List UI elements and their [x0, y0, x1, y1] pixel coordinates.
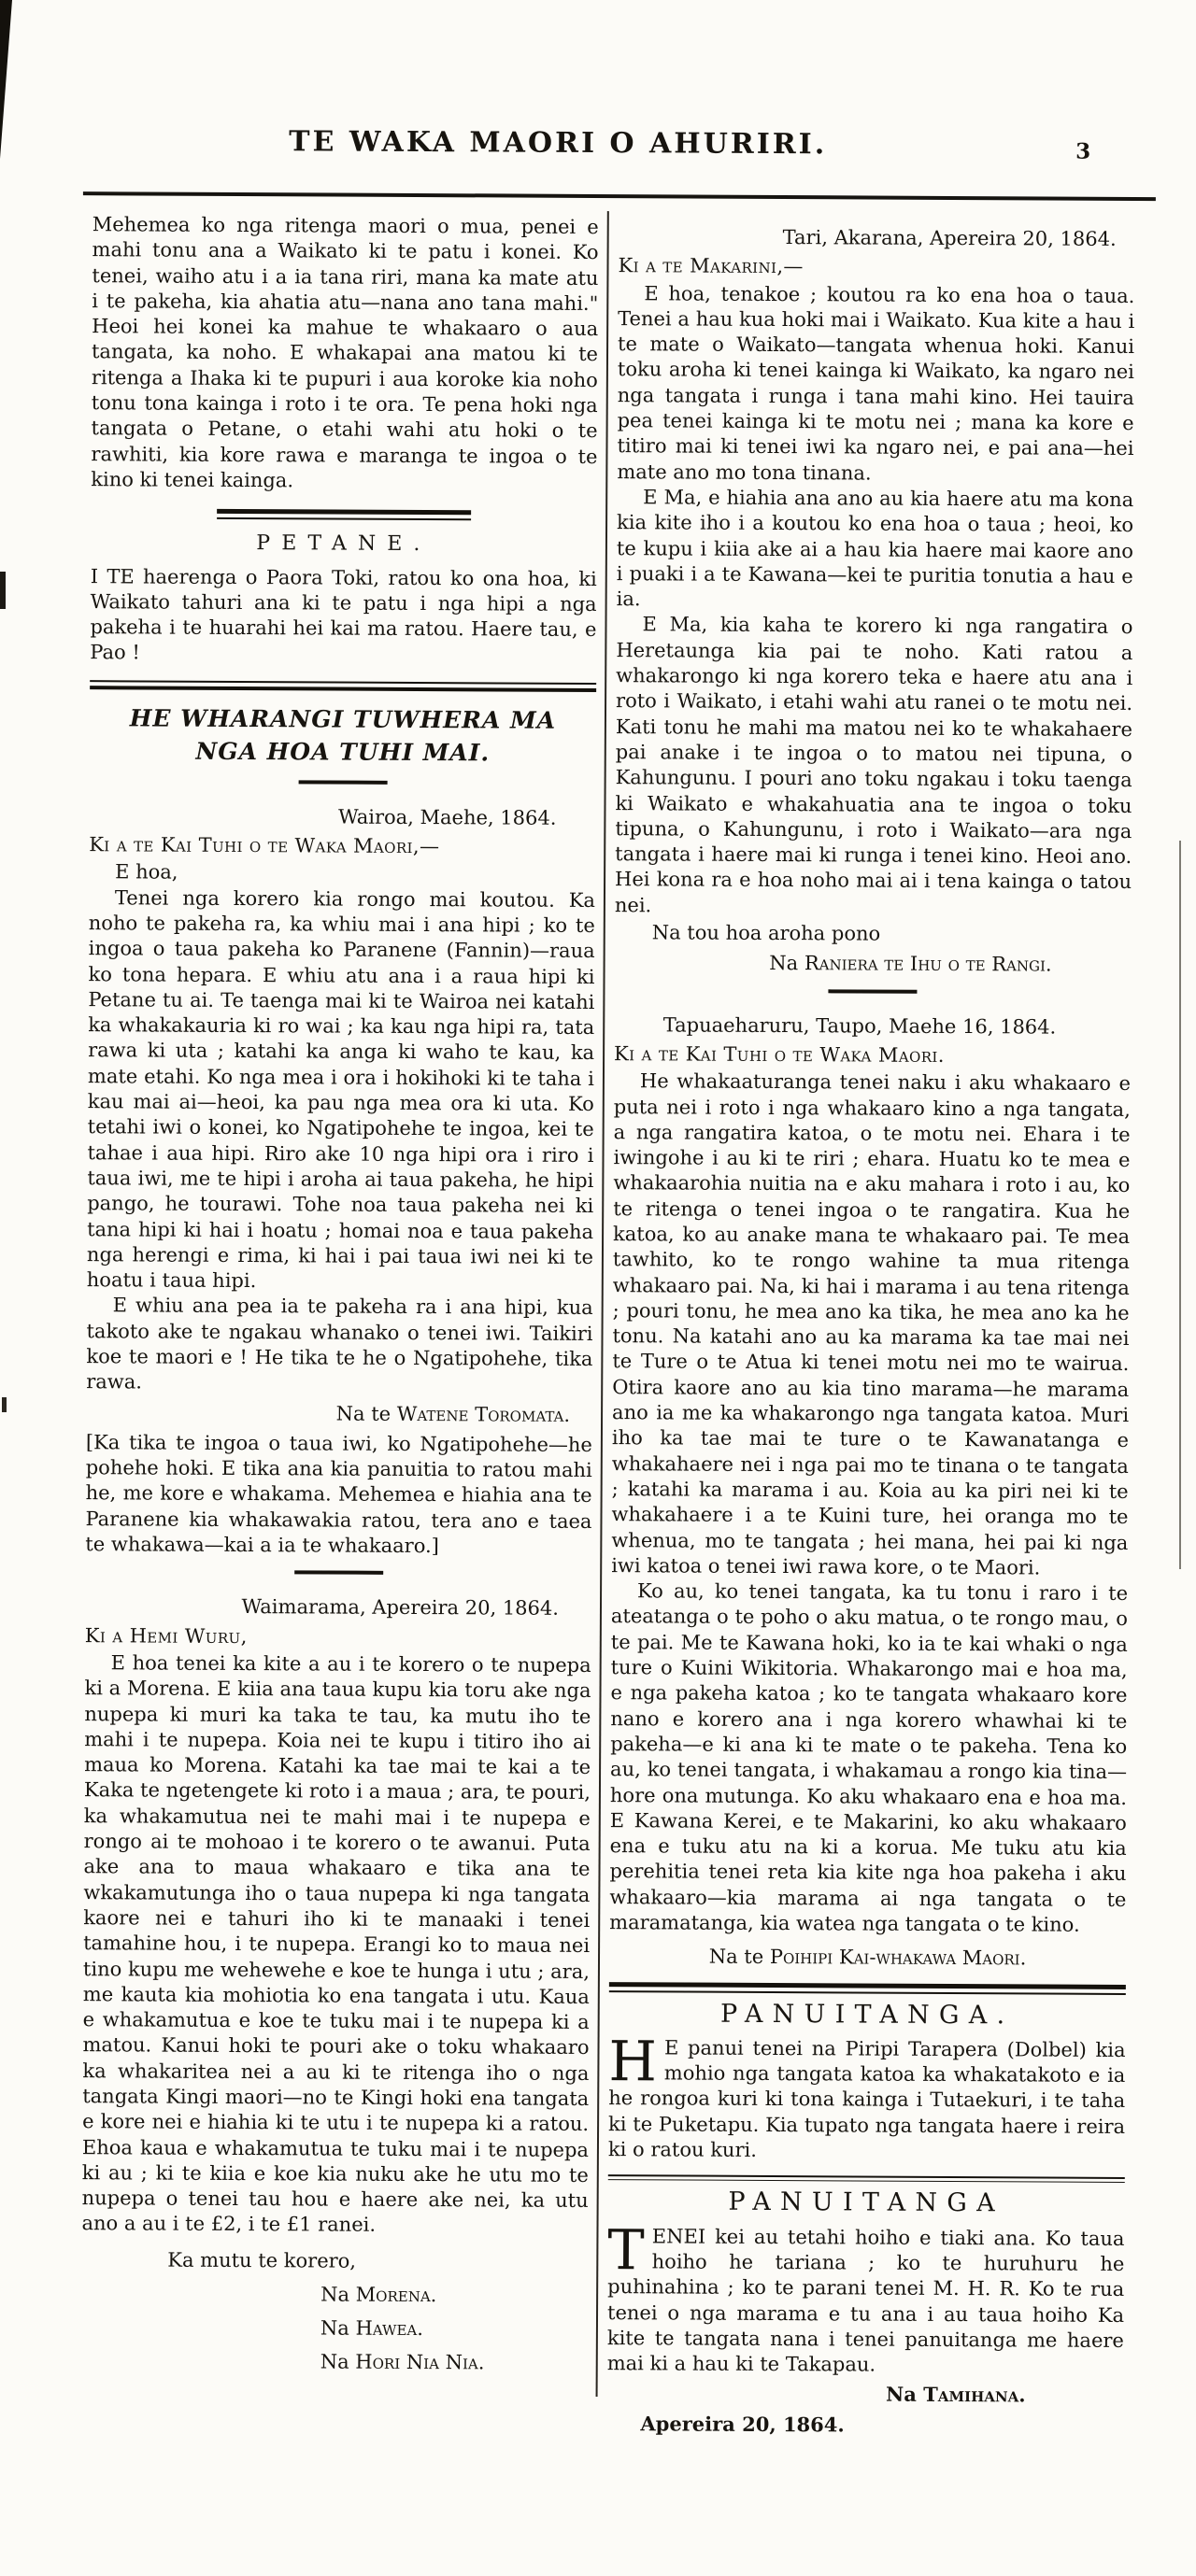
- open-letters-heading: HE WHARANGI TUWHERA MA NGA HOA TUHI MAI.: [109, 701, 577, 770]
- notice-1-heading: PANUITANGA.: [609, 2001, 1126, 2029]
- wairoa-paragraph-1: Tenei nga korero kia rongo mai koutou. K…: [87, 885, 595, 1296]
- wairoa-salutation: Ki a te Kai Tuhi o te Waka Maori,—: [89, 832, 595, 860]
- wairoa-signature: Na te Watene Toromata.: [86, 1400, 592, 1428]
- wairoa-greeting: E hoa,: [89, 860, 595, 888]
- signature-prefix: Na: [320, 2284, 356, 2306]
- taupo-salutation: Ki a te Kai Tuhi o te Waka Maori.: [614, 1041, 1131, 1069]
- column-divider: [596, 211, 609, 2397]
- notice-text: E panui tenei na Piripi Tarapera (Dolbel…: [608, 2036, 1126, 2161]
- section-divider: [217, 509, 471, 520]
- signature-name: Raniera te Ihu o te Rangi.: [804, 952, 1052, 975]
- tari-paragraph-2: E Ma, e hiahia ana ano au kia haere atu …: [617, 485, 1134, 615]
- taupo-paragraph-1: He whakaaturanga tenei naku i aku whakaa…: [611, 1069, 1131, 1581]
- tari-paragraph-1: E hoa, tenakoe ; koutou ra ko ena hoa o …: [617, 281, 1134, 488]
- page-sheet: TE WAKA MAORI O AHURIRI. 3 Mehemea ko ng…: [0, 0, 1196, 2576]
- continuation-paragraph: Mehemea ko nga ritenga maori o mua, pene…: [91, 212, 599, 495]
- taupo-signature: Na te Poihipi Kai-whakawa Maori.: [609, 1944, 1126, 1972]
- newspaper-page: TE WAKA MAORI O AHURIRI. 3 Mehemea ko ng…: [0, 0, 1196, 2576]
- wairoa-paragraph-2: E whiu ana pea ia te pakeha ra i ana hip…: [86, 1294, 593, 1398]
- signature-line: Na Hawea.: [320, 2312, 588, 2346]
- tari-signature: Na Raniera te Ihu o te Rangi.: [615, 950, 1132, 978]
- petane-paragraph: I TE haerenga o Paora Toki, ratou ko ona…: [90, 564, 597, 669]
- signature-name: Watene Toromata.: [397, 1402, 570, 1425]
- petane-heading: PETANE.: [91, 530, 597, 558]
- tari-paragraph-3: E Ma, kia kaha te korero ki nga rangatir…: [615, 613, 1133, 921]
- signature-name: Morena.: [356, 2284, 437, 2306]
- taupo-dateline: Tapuaeharuru, Taupo, Maehe 16, 1864.: [614, 1012, 1131, 1040]
- waimarama-salutation: Ki a Hemi Wuru,: [85, 1623, 591, 1651]
- signature-prefix: Na te: [709, 1946, 770, 1968]
- wairoa-dateline: Wairoa, Maehe, 1864.: [89, 803, 595, 831]
- short-rule: [828, 989, 917, 993]
- section-divider: [609, 1982, 1126, 1995]
- page-number: 3: [1075, 139, 1090, 164]
- short-rule: [294, 1571, 383, 1575]
- right-column: Tari, Akarana, Apereira 20, 1864. Ki a t…: [606, 222, 1134, 2439]
- waimarama-closing: Ka mutu te korero,: [81, 2247, 588, 2275]
- drop-cap: T: [607, 2224, 652, 2271]
- signature-prefix: Na te: [336, 1402, 397, 1424]
- signature-name: Hori Nia Nia.: [355, 2351, 484, 2374]
- tari-closing: Na tou hoa aroha pono: [615, 920, 1132, 948]
- waimarama-body: E hoa tenei ka kite a au i te korero o t…: [81, 1650, 591, 2240]
- signature-prefix: Na: [769, 952, 804, 974]
- tari-salutation: Ki a te Makarini,—: [618, 253, 1134, 281]
- signature-name: Poihipi Kai-whakawa Maori.: [770, 1946, 1027, 1969]
- tari-dateline: Tari, Akarana, Apereira 20, 1864.: [619, 224, 1135, 252]
- notice-1-body: HE panui tenei na Piripi Tarapera (Dolbe…: [608, 2035, 1126, 2165]
- waimarama-signatures: Na Morena. Na Hawea. Na Hori Nia Nia.: [81, 2276, 589, 2380]
- short-rule: [298, 780, 387, 784]
- signature-prefix: Na: [886, 2383, 923, 2406]
- waimarama-dateline: Waimarama, Apereira 20, 1864.: [85, 1594, 591, 1622]
- left-column: Mehemea ko nga ritenga maori o mua, pene…: [81, 212, 599, 2380]
- signature-name: Hawea.: [355, 2317, 423, 2340]
- section-divider: [608, 2174, 1125, 2183]
- notice-2-heading: PANUITANGA: [608, 2188, 1125, 2216]
- notice-2-signature: Na Tamihana.: [607, 2381, 1124, 2409]
- signature-name: Tamihana.: [923, 2383, 1025, 2407]
- notice-2-date: Apereira 20, 1864.: [606, 2411, 1123, 2439]
- section-divider: [90, 680, 596, 692]
- signature-prefix: Na: [320, 2351, 356, 2373]
- header-rule: [83, 191, 1156, 201]
- signature-prefix: Na: [320, 2317, 356, 2340]
- drop-cap: H: [608, 2035, 664, 2082]
- signature-line: Na Hori Nia Nia.: [320, 2345, 588, 2380]
- notice-text: ENEI kei au tetahi hoiho e tiaki ana. Ko…: [607, 2225, 1125, 2376]
- notice-2-body: TENEI kei au tetahi hoiho e tiaki ana. K…: [607, 2224, 1125, 2380]
- signature-line: Na Morena.: [320, 2278, 588, 2313]
- taupo-paragraph-2: Ko au, ko tenei tangata, ka tu tonu i ra…: [609, 1578, 1128, 1938]
- editor-note: [Ka tika te ingoa o taua iwi, ko Ngatipo…: [85, 1430, 592, 1560]
- masthead-title: TE WAKA MAORI O AHURIRI.: [0, 123, 1156, 163]
